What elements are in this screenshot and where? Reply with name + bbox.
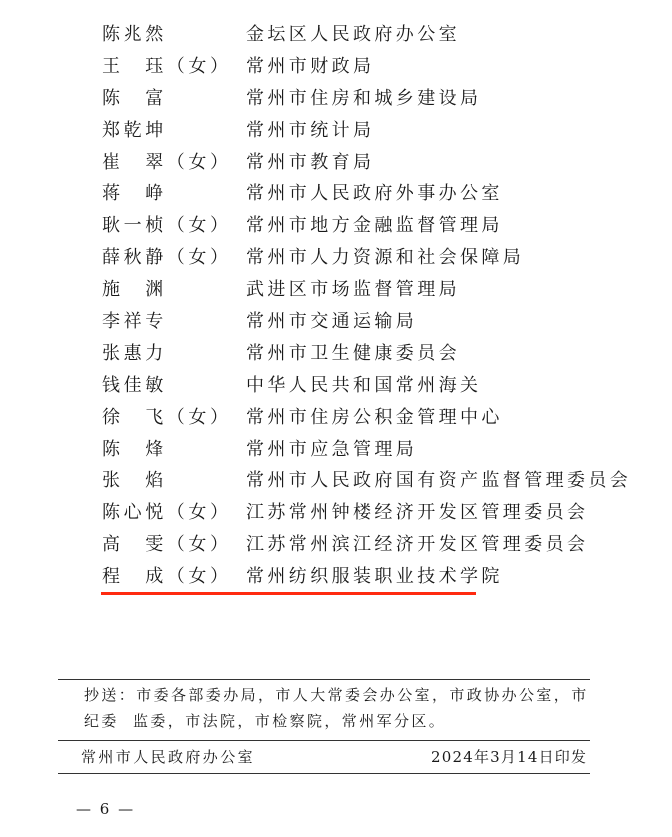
member-org: 武进区市场监督管理局 (246, 277, 460, 303)
member-org: 中华人民共和国常州海关 (246, 373, 481, 399)
member-name: 陈兆然 (102, 22, 167, 48)
member-org: 常州市卫生健康委员会 (246, 341, 460, 367)
member-org: 常州市教育局 (246, 150, 374, 176)
issue-date: 2024年3月14日印发 (431, 745, 587, 769)
member-name: 崔 翠（女） (102, 150, 232, 176)
member-name: 李祥专 (102, 309, 167, 335)
cc-recipients-line2: 监委，市法院，市检察院，常州军分区。 (133, 708, 446, 734)
member-org: 江苏常州滨江经济开发区管理委员会 (246, 532, 588, 558)
member-org: 江苏常州钟楼经济开发区管理委员会 (246, 500, 588, 526)
footer-rule-middle (58, 740, 590, 741)
member-name: 陈心悦（女） (102, 500, 232, 526)
member-name: 耿一桢（女） (102, 213, 232, 239)
member-name: 陈 富 (102, 86, 167, 112)
member-name: 施 渊 (102, 277, 167, 303)
issuing-office: 常州市人民政府办公室 (81, 745, 255, 769)
page-number: — 6 — (76, 797, 135, 821)
member-org: 常州市人民政府外事办公室 (246, 181, 503, 207)
member-org: 常州市人民政府国有资产监督管理委员会 (246, 468, 631, 494)
member-org: 金坛区人民政府办公室 (246, 22, 460, 48)
member-org: 常州纺织服装职业技术学院 (246, 564, 503, 590)
member-org: 常州市住房和城乡建设局 (246, 86, 481, 112)
member-org: 常州市人力资源和社会保障局 (246, 245, 524, 271)
member-name: 郑乾坤 (102, 118, 167, 144)
footer-rule-bottom (58, 773, 590, 774)
footer-rule-top (58, 679, 590, 680)
member-name: 张惠力 (102, 341, 167, 367)
member-org: 常州市交通运输局 (246, 309, 417, 335)
member-org: 常州市地方金融监督管理局 (246, 213, 503, 239)
red-underline-divider (101, 592, 476, 595)
member-org: 常州市统计局 (246, 118, 374, 144)
member-name: 陈 烽 (102, 437, 167, 463)
member-name: 高 雯（女） (102, 532, 232, 558)
member-org: 常州市住房公积金管理中心 (246, 405, 503, 431)
member-name: 王 珏（女） (102, 54, 232, 80)
member-name: 程 成（女） (102, 564, 232, 590)
member-org: 常州市财政局 (246, 54, 374, 80)
member-name: 徐 飞（女） (102, 405, 232, 431)
member-name: 蒋 峥 (102, 181, 167, 207)
member-name: 钱佳敏 (102, 373, 167, 399)
member-name: 薛秋静（女） (102, 245, 232, 271)
member-org: 常州市应急管理局 (246, 437, 417, 463)
member-name: 张 焰 (102, 468, 167, 494)
